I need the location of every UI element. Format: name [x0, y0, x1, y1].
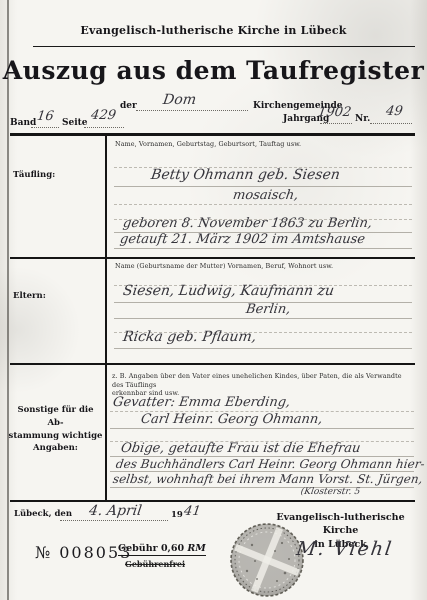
nr-label: Nr. — [355, 114, 370, 124]
sonstige-label-line3: Angaben: — [8, 442, 103, 455]
date-underline — [60, 519, 168, 521]
header-rule — [33, 46, 415, 47]
stamp-church-line1: Evangelisch-lutherische Kirche — [258, 511, 423, 538]
ruled-line — [110, 427, 414, 429]
serial-number-label: № — [35, 543, 52, 562]
eltern-city-handwritten: Berlin, — [245, 302, 291, 317]
nr-value-handwritten: 49 — [385, 104, 404, 119]
table-top-border — [10, 133, 415, 136]
row-separator-2 — [10, 363, 415, 365]
fee-value: 0,60 — [161, 543, 184, 554]
parish-underline — [136, 109, 248, 111]
year-value-handwritten: 41 — [183, 504, 202, 519]
sonstige-label-line1: Sonstige für die Ab- — [8, 404, 103, 430]
fee-exempt-struck: Gebührenfrei — [125, 559, 185, 569]
eltern-mother-handwritten: Ricka geb. Pflaum, — [122, 329, 257, 345]
table-bottom-border — [10, 500, 415, 502]
sonstige-hint-line1: z. B. Angaben über den Vater eines unehe… — [112, 372, 414, 389]
table-column-divider — [105, 133, 107, 502]
ruled-line — [114, 247, 412, 249]
sonstige-label: Sonstige für die Ab- stammung wichtige A… — [8, 404, 103, 455]
band-value-handwritten: 16 — [36, 109, 55, 124]
ruled-line — [114, 317, 412, 319]
note-insert-handwritten: (Klosterstr. 5 — [300, 487, 361, 497]
baptism-register-extract-document: Evangelisch-lutherische Kirche in Lübeck… — [0, 0, 427, 600]
parish-value-handwritten: Dom — [162, 92, 197, 108]
scan-edge-artifact — [7, 0, 9, 600]
taeufling-baptized-handwritten: getauft 21. März 1902 im Amtshause — [119, 232, 366, 247]
sonstige-label-line2: stammung wichtige — [8, 430, 103, 443]
taeufling-born-handwritten: geboren 8. November 1863 zu Berlin, — [122, 216, 373, 231]
eltern-father-handwritten: Siesen, Ludwig, Kaufmann zu — [122, 283, 335, 299]
ruled-line — [110, 486, 414, 488]
note-line3-handwritten: selbst, wohnhaft bei ihrem Mann Vorst. S… — [112, 472, 423, 486]
seite-value-handwritten: 429 — [90, 108, 117, 123]
taeufling-religion-handwritten: mosaisch, — [232, 188, 299, 203]
ruled-line — [114, 347, 412, 349]
row-separator-1 — [10, 257, 415, 259]
place-date-label: Lübeck, den — [14, 509, 72, 519]
der-label: der — [120, 101, 137, 111]
fee-line: Gebühr 0,60 RM — [118, 543, 206, 556]
seite-underline — [84, 126, 124, 128]
official-signature-handwritten: M. Viehl — [295, 538, 395, 560]
jahrgang-underline — [320, 122, 352, 124]
note-line2-handwritten: des Buchhändlers Carl Heinr. Georg Ohman… — [115, 457, 426, 471]
taeufling-hint: Name, Vornamen, Geburtstag, Geburtsort, … — [115, 140, 405, 149]
band-underline — [31, 126, 59, 128]
taeufling-label: Täufling: — [13, 170, 55, 180]
fee-label: Gebühr — [118, 543, 158, 554]
church-header: Evangelisch-lutherische Kirche in Lübeck — [0, 24, 427, 37]
godparent-line1-handwritten: Gevatter: Emma Eberding, — [112, 395, 291, 410]
jahrgang-value-handwritten: 1902 — [317, 105, 352, 120]
nr-underline — [370, 122, 412, 124]
ruled-line — [114, 185, 412, 187]
year-prefix: 19 — [171, 510, 183, 520]
fee-currency: RM — [187, 543, 205, 554]
page-title: Auszug aus dem Taufregister — [0, 56, 427, 85]
ruled-line — [114, 203, 412, 205]
note-line1-handwritten: Obige, getaufte Frau ist die Ehefrau — [120, 441, 361, 456]
date-value-handwritten: 4. April — [88, 503, 143, 519]
taeufling-name-handwritten: Betty Ohmann geb. Siesen — [150, 167, 341, 183]
godparent-line2-handwritten: Carl Heinr. Georg Ohmann, — [140, 412, 323, 427]
eltern-hint: Name (Geburtsname der Mutter) Vornamen, … — [115, 262, 405, 271]
eltern-label: Eltern: — [13, 291, 46, 301]
